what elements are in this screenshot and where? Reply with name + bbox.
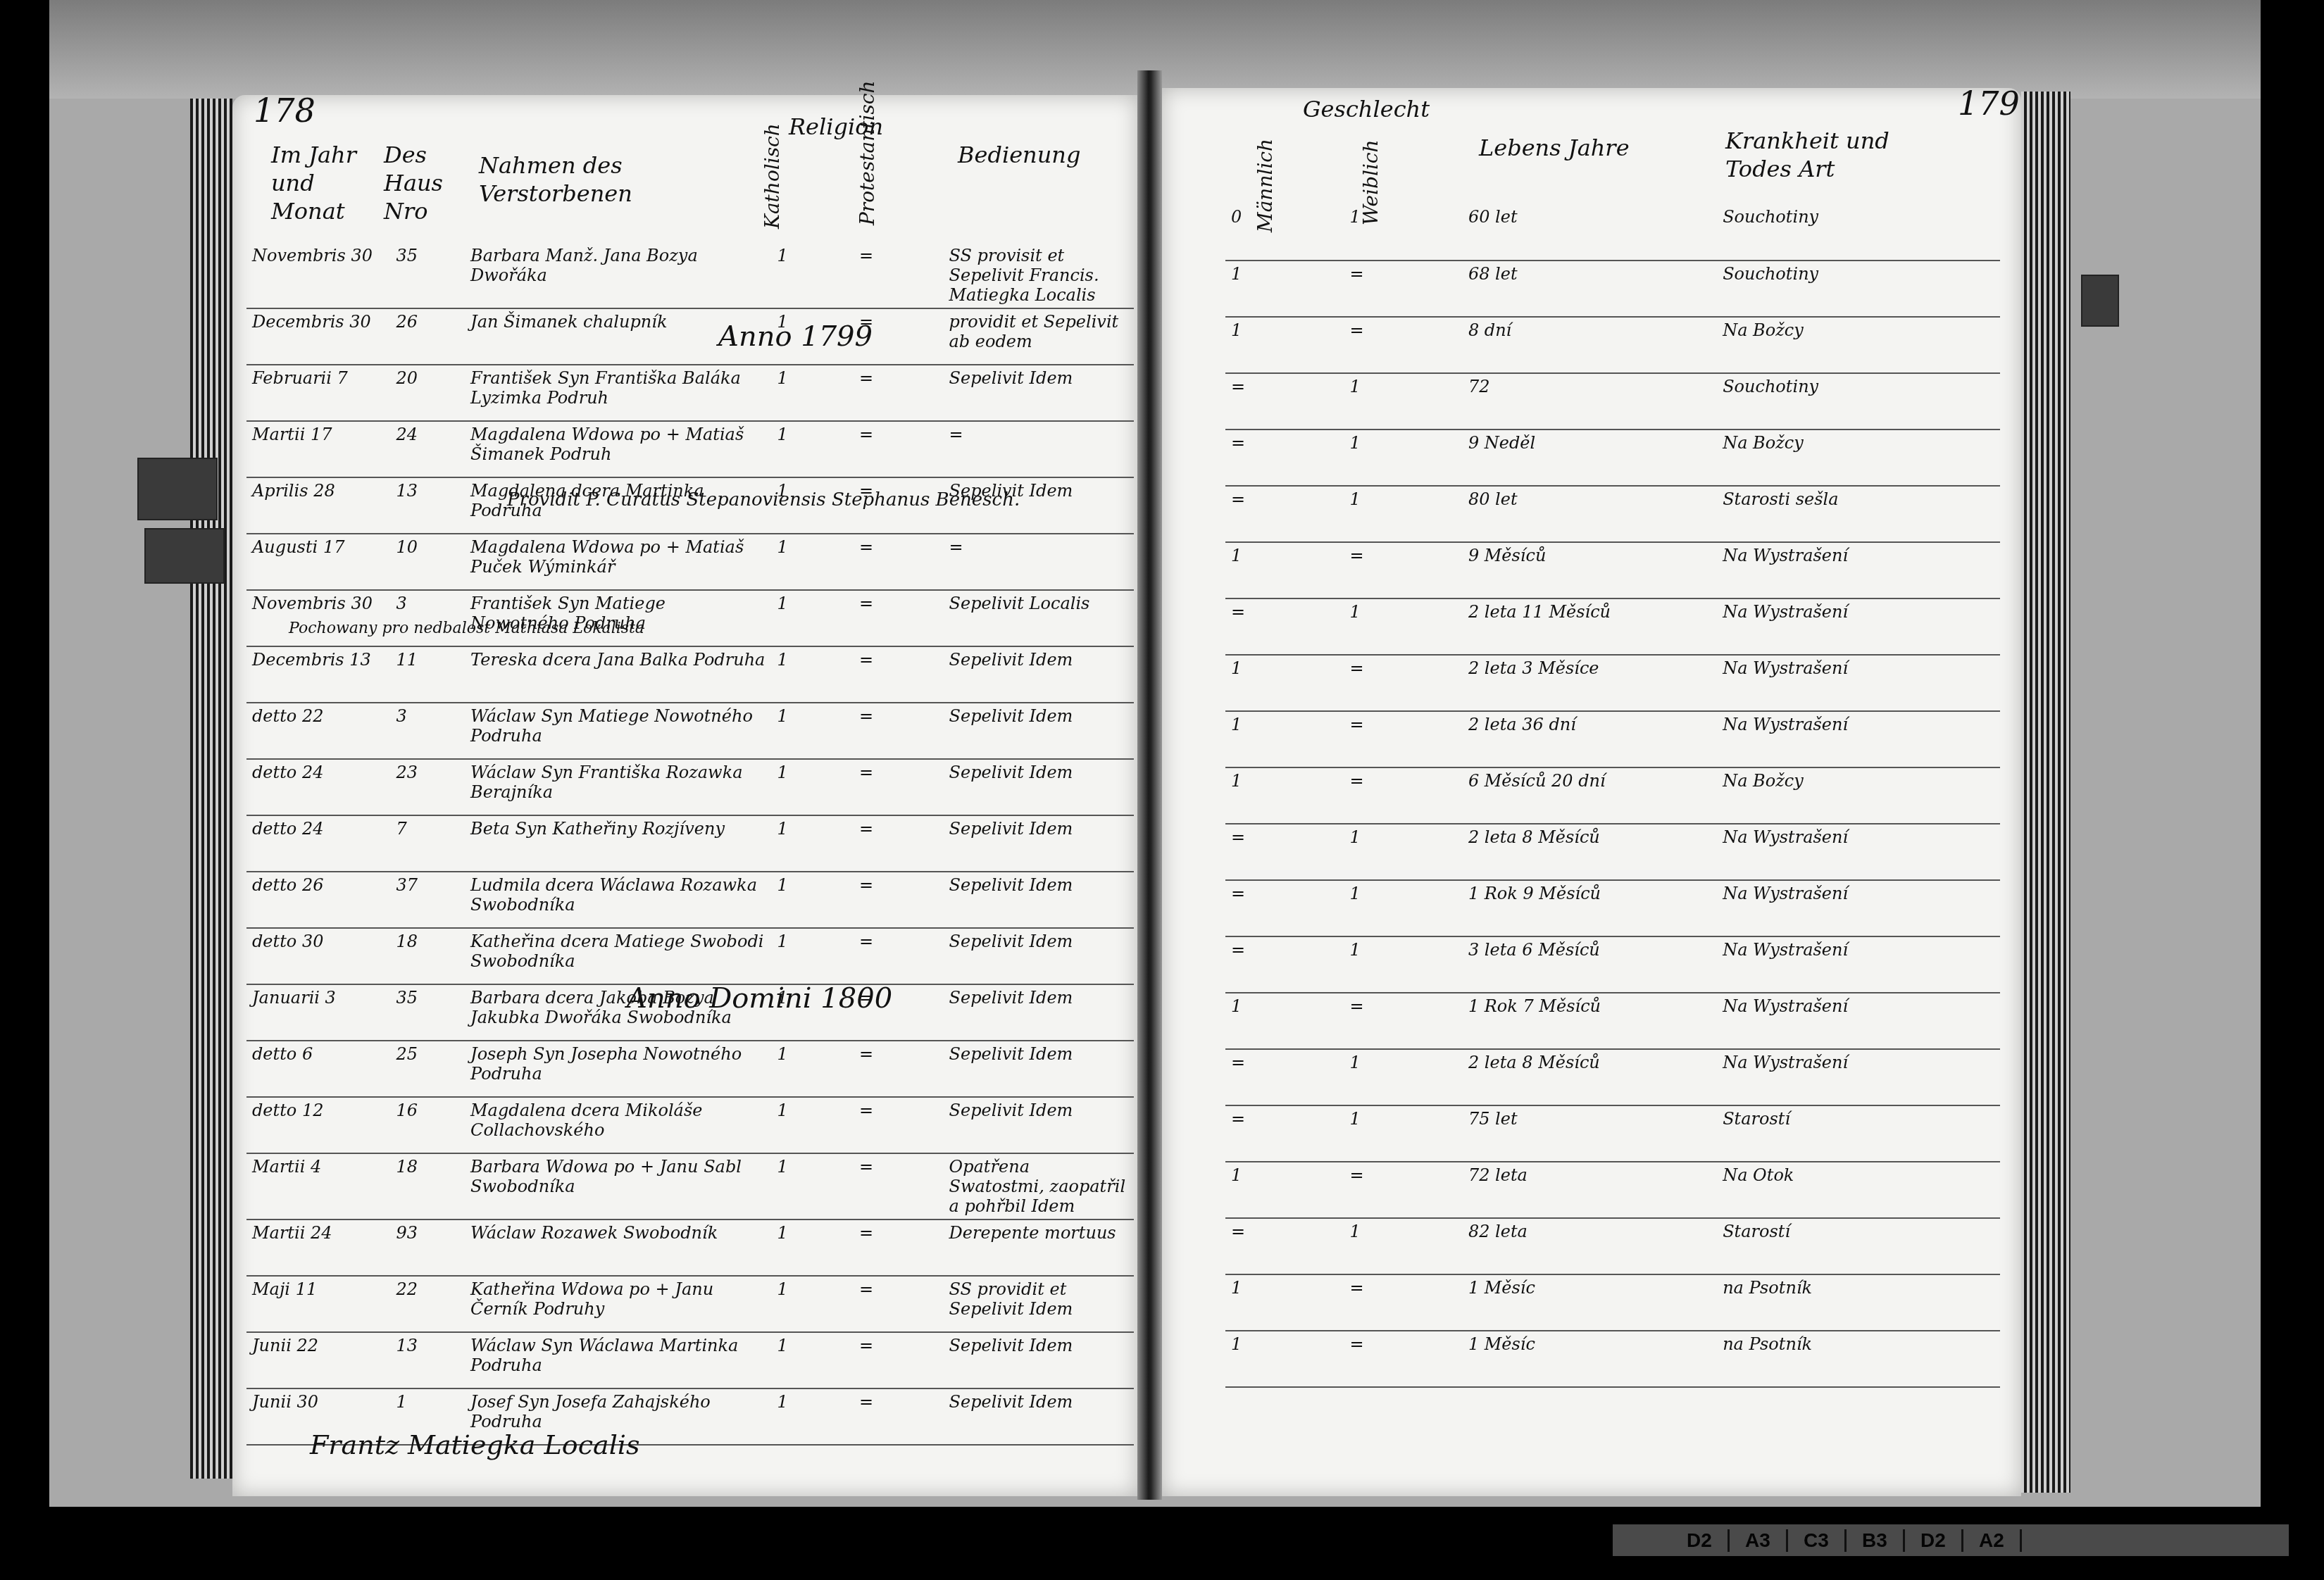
book-clamp xyxy=(144,528,225,584)
entry-male: = xyxy=(1225,824,1344,880)
register-row: =175 letStarostí xyxy=(1225,1105,2000,1162)
ruler-label: D2 xyxy=(1905,1529,1963,1552)
register-row: =19 NedělNa Božcy xyxy=(1225,430,2000,486)
right-page-edges xyxy=(2021,92,2070,1493)
register-row: Decembris 1311Tereska dcera Jana Balka P… xyxy=(246,646,1134,703)
page-tab xyxy=(2081,275,2119,327)
entry-female: 1 xyxy=(1344,598,1462,655)
entry-catholic: 1 xyxy=(771,1220,854,1276)
left-page-edges xyxy=(190,99,232,1479)
entry-cause: Souchotiny xyxy=(1717,204,2000,261)
entry-protestant: = xyxy=(854,646,944,703)
entry-name: Magdalena dcera Mikoláše Collachovského xyxy=(465,1097,771,1153)
entry-cause: na Psotník xyxy=(1717,1274,2000,1331)
entry-protestant: = xyxy=(854,1097,944,1153)
header-sex: Geschlecht xyxy=(1303,95,1430,123)
header-clergy: Bedienung xyxy=(958,141,1080,169)
entry-female: = xyxy=(1344,711,1462,767)
entry-catholic: 1 xyxy=(771,243,854,308)
entry-age: 2 leta 8 Měsíců xyxy=(1463,824,1717,880)
entry-cause: Na Wystrašení xyxy=(1717,824,2000,880)
entry-clergy: Sepelivit Idem xyxy=(944,1388,1135,1445)
entry-name: Wáclaw Syn Matiege Nowotného Podruha xyxy=(465,703,771,759)
ruler-label: A2 xyxy=(1963,1529,2022,1552)
entry-protestant: = xyxy=(854,815,944,872)
burial-note: Pochowany pro nedbalost Mathiasa Lokalis… xyxy=(289,620,923,637)
entry-age: 1 Rok 7 Měsíců xyxy=(1463,993,1717,1049)
entry-male: = xyxy=(1225,486,1344,542)
entry-name: Wáclaw Syn Wáclawa Martinka Podruha xyxy=(465,1332,771,1388)
entry-clergy: Sepelivit Idem xyxy=(944,646,1135,703)
right-register-table: 0160 letSouchotiny1=68 letSouchotiny1=8 … xyxy=(1225,204,2000,1388)
entry-male: = xyxy=(1225,598,1344,655)
ruler-label: C3 xyxy=(1788,1529,1847,1552)
entry-name: Tereska dcera Jana Balka Podruha xyxy=(465,646,771,703)
entry-house-number: 20 xyxy=(391,365,466,421)
localist-signature: Frantz Matiegka Localis xyxy=(310,1429,639,1460)
header-name: Nahmen des Verstorbenen xyxy=(479,151,704,208)
header-catholic: Katholisch xyxy=(761,144,784,229)
entry-house-number: 7 xyxy=(391,815,466,872)
entry-cause: Na Wystrašení xyxy=(1717,598,2000,655)
entry-cause: Na Božcy xyxy=(1717,767,2000,824)
entry-name: Katheřina dcera Matiege Swobodi Swobodní… xyxy=(465,928,771,984)
entry-female: = xyxy=(1344,1274,1462,1331)
entry-cause: Na Božcy xyxy=(1717,317,2000,373)
entry-protestant: = xyxy=(854,1220,944,1276)
entry-female: 1 xyxy=(1344,880,1462,936)
entry-protestant: = xyxy=(854,1041,944,1097)
entry-house-number: 18 xyxy=(391,1153,466,1220)
entry-female: 1 xyxy=(1344,373,1462,430)
entry-name: František Syn Františka Baláka Lyzimka P… xyxy=(465,365,771,421)
entry-male: 1 xyxy=(1225,767,1344,824)
entry-cause: Na Wystrašení xyxy=(1717,936,2000,993)
register-row: 1=2 leta 36 dníNa Wystrašení xyxy=(1225,711,2000,767)
register-row: =11 Rok 9 MěsícůNa Wystrašení xyxy=(1225,880,2000,936)
entry-house-number: 23 xyxy=(391,759,466,815)
register-row: =12 leta 11 MěsícůNa Wystrašení xyxy=(1225,598,2000,655)
entry-cause: Na Wystrašení xyxy=(1717,711,2000,767)
header-date: Im Jahr und Monat xyxy=(271,141,384,225)
entry-male: 1 xyxy=(1225,1162,1344,1218)
entry-clergy: Sepelivit Idem xyxy=(944,703,1135,759)
entry-cause: na Psotník xyxy=(1717,1331,2000,1387)
entry-male: 0 xyxy=(1225,204,1344,261)
entry-cause: Souchotiny xyxy=(1717,373,2000,430)
entry-male: 1 xyxy=(1225,317,1344,373)
register-row: 1=1 Měsícna Psotník xyxy=(1225,1274,2000,1331)
entry-catholic: 1 xyxy=(771,1097,854,1153)
entry-male: = xyxy=(1225,880,1344,936)
entry-age: 82 leta xyxy=(1463,1218,1717,1274)
entry-cause: Na Wystrašení xyxy=(1717,542,2000,598)
register-row: =13 leta 6 MěsícůNa Wystrašení xyxy=(1225,936,2000,993)
header-protestant: Protestantisch xyxy=(856,148,879,225)
entry-female: 1 xyxy=(1344,1105,1462,1162)
entry-clergy: Sepelivit Idem xyxy=(944,1097,1135,1153)
register-row: Martii 2493Wáclaw Rozawek Swobodník1=Der… xyxy=(246,1220,1134,1276)
entry-name: Joseph Syn Josepha Nowotného Podruha xyxy=(465,1041,771,1097)
entry-catholic: 1 xyxy=(771,928,854,984)
entry-age: 1 Měsíc xyxy=(1463,1274,1717,1331)
entry-cause: Souchotiny xyxy=(1717,261,2000,317)
entry-name: Barbara Manž. Jana Bozya Dwořáka xyxy=(465,243,771,308)
register-row: Augusti 1710Magdalena Wdowa po + Matiaš … xyxy=(246,534,1134,590)
entry-clergy: Sepelivit Idem xyxy=(944,1041,1135,1097)
entry-catholic: 1 xyxy=(771,759,854,815)
ruler-label: D2 xyxy=(1671,1529,1730,1552)
register-row: detto 625Joseph Syn Josepha Nowotného Po… xyxy=(246,1041,1134,1097)
entry-female: 1 xyxy=(1344,1218,1462,1274)
entry-male: = xyxy=(1225,1218,1344,1274)
entry-cause: Starostí xyxy=(1717,1218,2000,1274)
entry-age: 9 Měsíců xyxy=(1463,542,1717,598)
entry-date: Aprilis 28 xyxy=(246,477,391,534)
entry-age: 2 leta 36 dní xyxy=(1463,711,1717,767)
entry-female: = xyxy=(1344,1162,1462,1218)
entry-house-number: 93 xyxy=(391,1220,466,1276)
register-row: detto 3018Katheřina dcera Matiege Swobod… xyxy=(246,928,1134,984)
entry-male: 1 xyxy=(1225,993,1344,1049)
entry-name: Ludmila dcera Wáclawa Rozawka Swobodníka xyxy=(465,872,771,928)
entry-house-number: 24 xyxy=(391,421,466,477)
entry-house-number: 3 xyxy=(391,703,466,759)
entry-house-number: 13 xyxy=(391,1332,466,1388)
entry-house-number: 37 xyxy=(391,872,466,928)
entry-catholic: 1 xyxy=(771,703,854,759)
entry-male: 1 xyxy=(1225,542,1344,598)
year-annotation-1799: Anno 1799 xyxy=(718,320,873,353)
register-row: 1=8 dníNa Božcy xyxy=(1225,317,2000,373)
register-row: detto 223Wáclaw Syn Matiege Nowotného Po… xyxy=(246,703,1134,759)
entry-female: 1 xyxy=(1344,1049,1462,1105)
entry-male: 1 xyxy=(1225,1274,1344,1331)
entry-female: = xyxy=(1344,993,1462,1049)
register-row: detto 2637Ludmila dcera Wáclawa Rozawka … xyxy=(246,872,1134,928)
entry-date: detto 22 xyxy=(246,703,391,759)
entry-female: = xyxy=(1344,1331,1462,1387)
entry-catholic: 1 xyxy=(771,590,854,646)
right-page-number: 179 xyxy=(1958,84,2020,123)
entry-clergy: Sepelivit Idem xyxy=(944,815,1135,872)
entry-cause: Starosti sešla xyxy=(1717,486,2000,542)
register-row: =182 letaStarostí xyxy=(1225,1218,2000,1274)
entry-catholic: 1 xyxy=(771,1153,854,1220)
entry-age: 8 dní xyxy=(1463,317,1717,373)
entry-age: 75 let xyxy=(1463,1105,1717,1162)
entry-protestant: = xyxy=(854,1332,944,1388)
register-row: Decembris 3026Jan Šimanek chalupník1=pro… xyxy=(246,308,1134,365)
register-row: 1=2 leta 3 MěsíceNa Wystrašení xyxy=(1225,655,2000,711)
entry-male: 1 xyxy=(1225,261,1344,317)
register-row: =12 leta 8 MěsícůNa Wystrašení xyxy=(1225,824,2000,880)
entry-age: 3 leta 6 Měsíců xyxy=(1463,936,1717,993)
entry-age: 2 leta 3 Měsíce xyxy=(1463,655,1717,711)
entry-age: 2 leta 8 Měsíců xyxy=(1463,1049,1717,1105)
entry-clergy: Derepente mortuus xyxy=(944,1220,1135,1276)
entry-date: Novembris 30 xyxy=(246,243,391,308)
entry-date: Decembris 30 xyxy=(246,308,391,365)
entry-house-number: 22 xyxy=(391,1276,466,1332)
entry-date: Augusti 17 xyxy=(246,534,391,590)
entry-catholic: 1 xyxy=(771,1041,854,1097)
entry-female: = xyxy=(1344,542,1462,598)
entry-house-number: 18 xyxy=(391,928,466,984)
entry-cause: Na Wystrašení xyxy=(1717,880,2000,936)
entry-age: 60 let xyxy=(1463,204,1717,261)
register-row: detto 1216Magdalena dcera Mikoláše Colla… xyxy=(246,1097,1134,1153)
entry-house-number: 16 xyxy=(391,1097,466,1153)
entry-clergy: SS provisit et Sepelivit Francis. Matieg… xyxy=(944,243,1135,308)
entry-name: Wáclaw Syn Františka Rozawka Berajníka xyxy=(465,759,771,815)
entry-protestant: = xyxy=(854,759,944,815)
entry-date: detto 12 xyxy=(246,1097,391,1153)
entry-date: Martii 4 xyxy=(246,1153,391,1220)
entry-protestant: = xyxy=(854,928,944,984)
entry-female: 1 xyxy=(1344,486,1462,542)
entry-cause: Na Otok xyxy=(1717,1162,2000,1218)
entry-date: detto 26 xyxy=(246,872,391,928)
entry-protestant: = xyxy=(854,872,944,928)
entry-protestant: = xyxy=(854,1276,944,1332)
entry-female: = xyxy=(1344,317,1462,373)
left-page-number: 178 xyxy=(254,92,316,130)
register-row: =12 leta 8 MěsícůNa Wystrašení xyxy=(1225,1049,2000,1105)
entry-female: 1 xyxy=(1344,824,1462,880)
entry-house-number: 25 xyxy=(391,1041,466,1097)
entry-age: 72 xyxy=(1463,373,1717,430)
entry-clergy: Opatřena Swatostmi, zaopatřil a pohřbil … xyxy=(944,1153,1135,1220)
ruler-label: A3 xyxy=(1730,1529,1788,1552)
entry-name: Barbara Wdowa po + Janu Sabl Swobodníka xyxy=(465,1153,771,1220)
entry-age: 80 let xyxy=(1463,486,1717,542)
entry-clergy: providit et Sepelivit ab eodem xyxy=(944,308,1135,365)
register-row: 1=1 Měsícna Psotník xyxy=(1225,1331,2000,1387)
entry-date: Februarii 7 xyxy=(246,365,391,421)
entry-catholic: 1 xyxy=(771,1388,854,1445)
entry-protestant: = xyxy=(854,590,944,646)
entry-house-number: 11 xyxy=(391,646,466,703)
entry-protestant: = xyxy=(854,365,944,421)
entry-catholic: 1 xyxy=(771,534,854,590)
entry-catholic: 1 xyxy=(771,421,854,477)
header-age: Lebens Jahre xyxy=(1479,134,1630,162)
entry-female: = xyxy=(1344,767,1462,824)
entry-female: = xyxy=(1344,655,1462,711)
entry-protestant: = xyxy=(854,1388,944,1445)
entry-male: 1 xyxy=(1225,655,1344,711)
entry-clergy: Sepelivit Idem xyxy=(944,759,1135,815)
register-row: Februarii 720František Syn Františka Bal… xyxy=(246,365,1134,421)
register-row: Maji 1122Katheřina Wdowa po + Janu Černí… xyxy=(246,1276,1134,1332)
entry-house-number: 26 xyxy=(391,308,466,365)
book-gutter xyxy=(1137,70,1162,1500)
entry-clergy: Sepelivit Idem xyxy=(944,872,1135,928)
entry-male: = xyxy=(1225,1105,1344,1162)
entry-protestant: = xyxy=(854,703,944,759)
entry-clergy: SS providit et Sepelivit Idem xyxy=(944,1276,1135,1332)
entry-name: Beta Syn Katheřiny Rozjíveny xyxy=(465,815,771,872)
register-row: 1=9 MěsícůNa Wystrašení xyxy=(1225,542,2000,598)
register-row: =180 letStarosti sešla xyxy=(1225,486,2000,542)
entry-house-number: 10 xyxy=(391,534,466,590)
entry-male: = xyxy=(1225,1049,1344,1105)
entry-female: 1 xyxy=(1344,430,1462,486)
entry-clergy: Sepelivit Localis xyxy=(944,590,1135,646)
register-row: Novembris 3035Barbara Manž. Jana Bozya D… xyxy=(246,243,1134,308)
entry-name: Katheřina Wdowa po + Janu Černík Podruhy xyxy=(465,1276,771,1332)
entry-clergy: Sepelivit Idem xyxy=(944,928,1135,984)
entry-protestant: = xyxy=(854,534,944,590)
entry-catholic: 1 xyxy=(771,1332,854,1388)
entry-age: 1 Měsíc xyxy=(1463,1331,1717,1387)
entry-date: Maji 11 xyxy=(246,1276,391,1332)
entry-catholic: 1 xyxy=(771,1276,854,1332)
entry-name: František Syn Matiege Nowotného Podruha xyxy=(465,590,771,646)
entry-age: 68 let xyxy=(1463,261,1717,317)
entry-date: Martii 17 xyxy=(246,421,391,477)
entry-protestant: = xyxy=(854,243,944,308)
entry-date: Martii 24 xyxy=(246,1220,391,1276)
entry-female: = xyxy=(1344,261,1462,317)
entry-clergy: Sepelivit Idem xyxy=(944,1332,1135,1388)
entry-name: Magdalena Wdowa po + Matiaš Šimanek Podr… xyxy=(465,421,771,477)
entry-date: detto 30 xyxy=(246,928,391,984)
register-row: 1=1 Rok 7 MěsícůNa Wystrašení xyxy=(1225,993,2000,1049)
year-annotation-1800: Anno Domini 1800 xyxy=(627,982,892,1015)
entry-female: 1 xyxy=(1344,936,1462,993)
entry-age: 1 Rok 9 Měsíců xyxy=(1463,880,1717,936)
entry-male: = xyxy=(1225,430,1344,486)
scan-target-ruler: D2A3C3B3D2A2 xyxy=(1613,1524,2289,1556)
entry-male: 1 xyxy=(1225,711,1344,767)
left-register-table: Novembris 3035Barbara Manž. Jana Bozya D… xyxy=(246,243,1134,1446)
entry-date: Januarii 3 xyxy=(246,984,391,1041)
entry-catholic: 1 xyxy=(771,872,854,928)
entry-male: = xyxy=(1225,936,1344,993)
entry-male: 1 xyxy=(1225,1331,1344,1387)
entry-name: Magdalena Wdowa po + Matiaš Puček Wýmink… xyxy=(465,534,771,590)
register-row: 0160 letSouchotiny xyxy=(1225,204,2000,261)
entry-date: detto 24 xyxy=(246,759,391,815)
header-cause: Krankheit und Todes Art xyxy=(1725,127,1958,183)
entry-age: 2 leta 11 Měsíců xyxy=(1463,598,1717,655)
register-row: Martii 1724Magdalena Wdowa po + Matiaš Š… xyxy=(246,421,1134,477)
ruler-label: B3 xyxy=(1847,1529,1905,1552)
entry-clergy: Sepelivit Idem xyxy=(944,365,1135,421)
entry-clergy: = xyxy=(944,421,1135,477)
entry-cause: Na Wystrašení xyxy=(1717,1049,2000,1105)
entry-date: Novembris 30 xyxy=(246,590,391,646)
entry-protestant: = xyxy=(854,421,944,477)
entry-female: 1 xyxy=(1344,204,1462,261)
entry-age: 9 Neděl xyxy=(1463,430,1717,486)
register-row: Junii 2213Wáclaw Syn Wáclawa Martinka Po… xyxy=(246,1332,1134,1388)
entry-clergy: = xyxy=(944,534,1135,590)
entry-clergy: Sepelivit Idem xyxy=(944,984,1135,1041)
entry-cause: Na Božcy xyxy=(1717,430,2000,486)
entry-name: Wáclaw Rozawek Swobodník xyxy=(465,1220,771,1276)
entry-date: detto 24 xyxy=(246,815,391,872)
register-row: Martii 418Barbara Wdowa po + Janu Sabl S… xyxy=(246,1153,1134,1220)
entry-house-number: 35 xyxy=(391,984,466,1041)
entry-house-number: 35 xyxy=(391,243,466,308)
entry-age: 6 Měsíců 20 dní xyxy=(1463,767,1717,824)
register-row: =172Souchotiny xyxy=(1225,373,2000,430)
register-row: 1=72 letaNa Otok xyxy=(1225,1162,2000,1218)
entry-protestant: = xyxy=(854,1153,944,1220)
entry-catholic: 1 xyxy=(771,815,854,872)
entry-male: = xyxy=(1225,373,1344,430)
register-row: detto 2423Wáclaw Syn Františka Rozawka B… xyxy=(246,759,1134,815)
register-row: 1=68 letSouchotiny xyxy=(1225,261,2000,317)
entry-catholic: 1 xyxy=(771,365,854,421)
entry-date: Junii 22 xyxy=(246,1332,391,1388)
entry-catholic: 1 xyxy=(771,646,854,703)
header-house: Des Haus Nro xyxy=(384,141,454,225)
entry-date: detto 6 xyxy=(246,1041,391,1097)
entry-house-number: 13 xyxy=(391,477,466,534)
register-row: 1=6 Měsíců 20 dníNa Božcy xyxy=(1225,767,2000,824)
register-row: Novembris 303František Syn Matiege Nowot… xyxy=(246,590,1134,646)
entry-date: Decembris 13 xyxy=(246,646,391,703)
register-row: detto 247Beta Syn Katheřiny Rozjíveny1=S… xyxy=(246,815,1134,872)
curate-note: Providit P. Curatus Stepanoviensis Steph… xyxy=(507,489,1020,510)
entry-cause: Na Wystrašení xyxy=(1717,993,2000,1049)
entry-house-number: 3 xyxy=(391,590,466,646)
entry-cause: Na Wystrašení xyxy=(1717,655,2000,711)
book-clamp xyxy=(137,458,218,520)
entry-age: 72 leta xyxy=(1463,1162,1717,1218)
entry-cause: Starostí xyxy=(1717,1105,2000,1162)
